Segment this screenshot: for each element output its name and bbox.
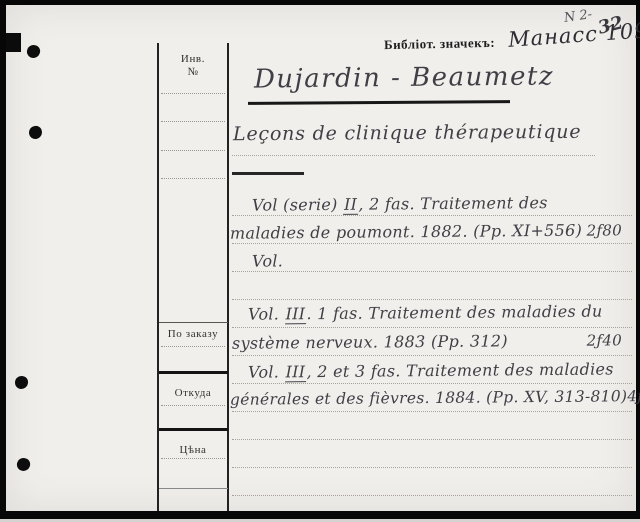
volume-numeral: II [343,195,358,215]
entry-text: maladies de poumont. 1882. (Pp. XI+556) [230,221,582,243]
volume-numeral: III [284,362,306,382]
scan-corner-mark [6,33,21,52]
entry-text: Vol (serie) II, 2 fas. Traitement des [252,193,548,215]
ruled-line [232,327,632,328]
volume-numeral: III [284,304,306,324]
entry-line: système nerveux. 1883 (Pp. 312) 2ƒ40 [232,330,630,352]
entry-text: Vol. [252,251,283,270]
order-label: По заказу [159,328,227,340]
ruled-line [232,271,632,272]
cell-border [159,322,228,323]
entry-line: Vol. III. 1 fas. Traitement des maladies… [248,301,630,323]
cell-border [159,488,228,489]
ruled-line [161,458,225,459]
ruled-line [161,121,225,122]
cell-border [159,428,228,431]
punch-hole [28,125,43,140]
catalog-card: Инв. № По заказу Откуда Цѣна N 2- 32 Биб… [6,5,636,511]
price-value: 2ƒ40 [587,331,631,349]
table-vertical-line [227,43,229,511]
punch-hole [15,456,32,473]
entry-line: maladies de poumont. 1882. (Pp. XI+556) … [230,220,630,242]
ruled-line [232,411,632,412]
inventory-number-label: Инв. № [159,53,227,79]
work-title: Leçons de clinique thérapeutique [233,121,581,145]
ruled-line [232,383,632,384]
entry-text: générales et des fièvres. 1884. (Pp. XV,… [230,387,627,408]
origin-label: Откуда [159,387,227,399]
ruled-line [232,467,632,468]
inventory-label-line2: № [159,66,227,79]
price-label: Цѣна [159,444,227,456]
author-name: Dujardin - Beaumetz [254,61,554,94]
ruled-line [232,439,632,440]
ruled-line [161,405,225,406]
entry-line: Vol (serie) II, 2 fas. Traitement des [252,192,630,214]
entry-text: Vol. III. 1 fas. Traitement des maladies… [248,302,603,324]
ruled-line [232,299,632,300]
library-stamp-label: Библіот. значекъ: [384,35,495,53]
entry-text: système nerveux. 1883 (Pp. 312) [232,331,508,352]
entry-line: générales et des fièvres. 1884. (Pp. XV,… [230,387,630,408]
entry-text: Vol. III, 2 et 3 fas. Traitement des mal… [248,359,614,381]
ruled-line [161,178,225,179]
entry-line: Vol. III, 2 et 3 fas. Traitement des mal… [248,359,630,381]
ruled-line [232,243,632,244]
ruled-line [232,355,632,356]
price-value: 2ƒ80 [587,221,631,239]
separator-mark [232,172,304,175]
entry-line: Vol. [252,248,630,270]
ruled-line [232,215,632,216]
ruled-line [161,346,225,347]
cell-border [159,371,228,374]
punch-hole [14,375,28,389]
inventory-label-line1: Инв. [159,53,227,66]
price-value: 4ƒ [627,387,640,405]
ruled-line [232,495,632,496]
ruled-line [232,155,595,156]
punch-hole [26,44,42,60]
ruled-line [161,150,225,151]
ruled-line [161,93,225,94]
author-underline [248,100,510,105]
table-vertical-line [157,43,159,511]
